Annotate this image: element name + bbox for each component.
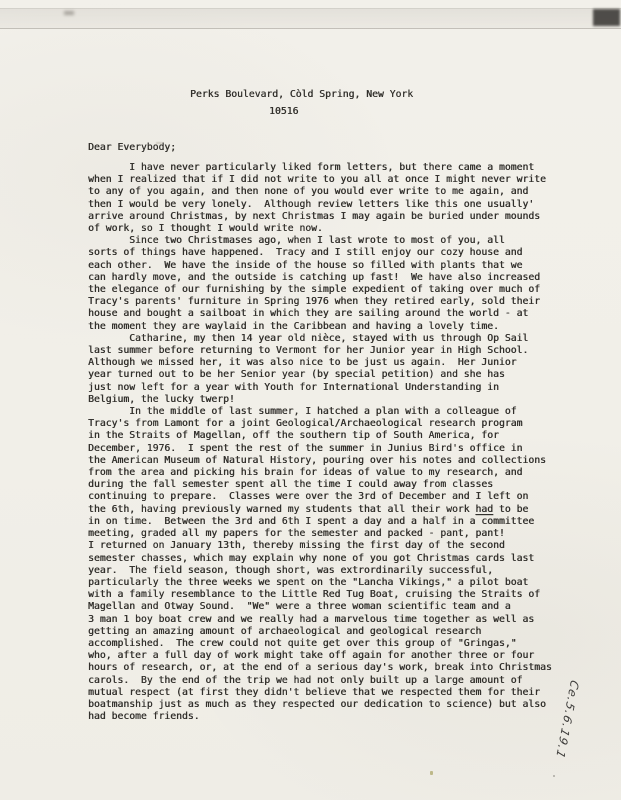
letter-line: last summer before returning to Vermont …	[88, 345, 552, 357]
letter-line: 3 man 1 boy boat crew and we really had …	[88, 614, 552, 626]
letter-line: of work, so I thought I would write now.	[88, 223, 552, 235]
scan-smudge	[64, 11, 74, 15]
letter-line: I have never particularly liked form let…	[88, 162, 552, 174]
letter-line: In the middle of last summer, I hatched …	[88, 406, 552, 418]
letter-line: the 6th, having previously warned my stu…	[88, 504, 552, 516]
letter-body: I have never particularly liked form let…	[88, 162, 552, 723]
letter-line: Magellan and Otway Sound. "We" were a th…	[88, 601, 552, 613]
letter-line: December, 1976. I spent the rest of the …	[88, 443, 552, 455]
scan-speck	[553, 775, 555, 777]
letter-line: house and bought a sailboat in which the…	[88, 308, 552, 320]
letter-line: the moment they are waylaid in the Carib…	[88, 321, 552, 333]
letter-line: carols. By the end of the trip we had no…	[88, 675, 552, 687]
letter-line: particularly the three weeks we spent on…	[88, 577, 552, 589]
letter-line: mutual respect (at first they didn't bel…	[88, 687, 552, 699]
letter-line: the American Museum of Natural History, …	[88, 455, 552, 467]
letter-line: getting an amazing amount of archaeologi…	[88, 626, 552, 638]
letter-line: Although we missed her, it was also nice…	[88, 357, 552, 369]
letter-line: continuing to prepare. Classes were over…	[88, 491, 552, 503]
letter-line: Catharine, my then 14 year old nièce, st…	[88, 333, 552, 345]
letter-address-line: Perks Boulevard, Còld Spring, New York	[190, 89, 413, 101]
letter-line: boatmanship just as much as they respect…	[88, 699, 552, 711]
scanned-letter-page: Perks Boulevard, Còld Spring, New York 1…	[0, 0, 621, 800]
letter-line: had become friends.	[88, 711, 552, 723]
scan-edge-band	[0, 8, 621, 29]
scan-speck	[430, 771, 433, 775]
letter-line: to any of you again, and then none of yo…	[88, 186, 552, 198]
letter-line: hours of research, or, at the end of a s…	[88, 662, 552, 674]
letter-line: Since two Christmases ago, when I last w…	[88, 235, 552, 247]
archival-annotation-handwritten: Ce.5.6.19.1	[552, 675, 583, 765]
letter-zip-code: 10516	[269, 106, 298, 118]
letter-line: who, after a full day of work might take…	[88, 650, 552, 662]
letter-line: in on time. Between the 3rd and 6th I sp…	[88, 516, 552, 528]
letter-line: just now left for a year with Youth for …	[88, 382, 552, 394]
letter-line: when I realized that if I did not write …	[88, 174, 552, 186]
letter-line: arrive around Christmas, by next Christm…	[88, 211, 552, 223]
letter-line: accomplished. The crew could not quite g…	[88, 638, 552, 650]
scan-speck	[156, 142, 162, 144]
letter-line: meeting, graded all my papers for the se…	[88, 528, 552, 540]
letter-line: during the fall semester spent all the t…	[88, 479, 552, 491]
scan-artifact-mark	[593, 9, 620, 26]
letter-line: Tracy's from Lamont for a joint Geologic…	[88, 418, 552, 430]
letter-salutation: Dear Everybody;	[88, 142, 176, 154]
letter-line: with a family resemblance to the Little …	[88, 589, 552, 601]
letter-line: Belgium, the lucky twerp!	[88, 394, 552, 406]
letter-line: Tracy's parents' furniture in Spring 197…	[88, 296, 552, 308]
letter-line: from the area and picking his brain for …	[88, 467, 552, 479]
letter-line: I returned on January 13th, thereby miss…	[88, 540, 552, 552]
letter-line: year turned out to be her Senior year (b…	[88, 369, 552, 381]
letter-line: the elegance of our furnishing by the si…	[88, 284, 552, 296]
letter-line: semester chasses, which may explain why …	[88, 553, 552, 565]
letter-line: each other. We have the inside of the ho…	[88, 260, 552, 272]
letter-line: sorts of things have happened. Tracy and…	[88, 247, 552, 259]
letter-line: in the Straits of Magellan, off the sout…	[88, 430, 552, 442]
letter-line: year. The field season, though short, wa…	[88, 565, 552, 577]
letter-line: then I would be very lonely. Although re…	[88, 199, 552, 211]
letter-line: can hardly move, and the outside is catc…	[88, 272, 552, 284]
